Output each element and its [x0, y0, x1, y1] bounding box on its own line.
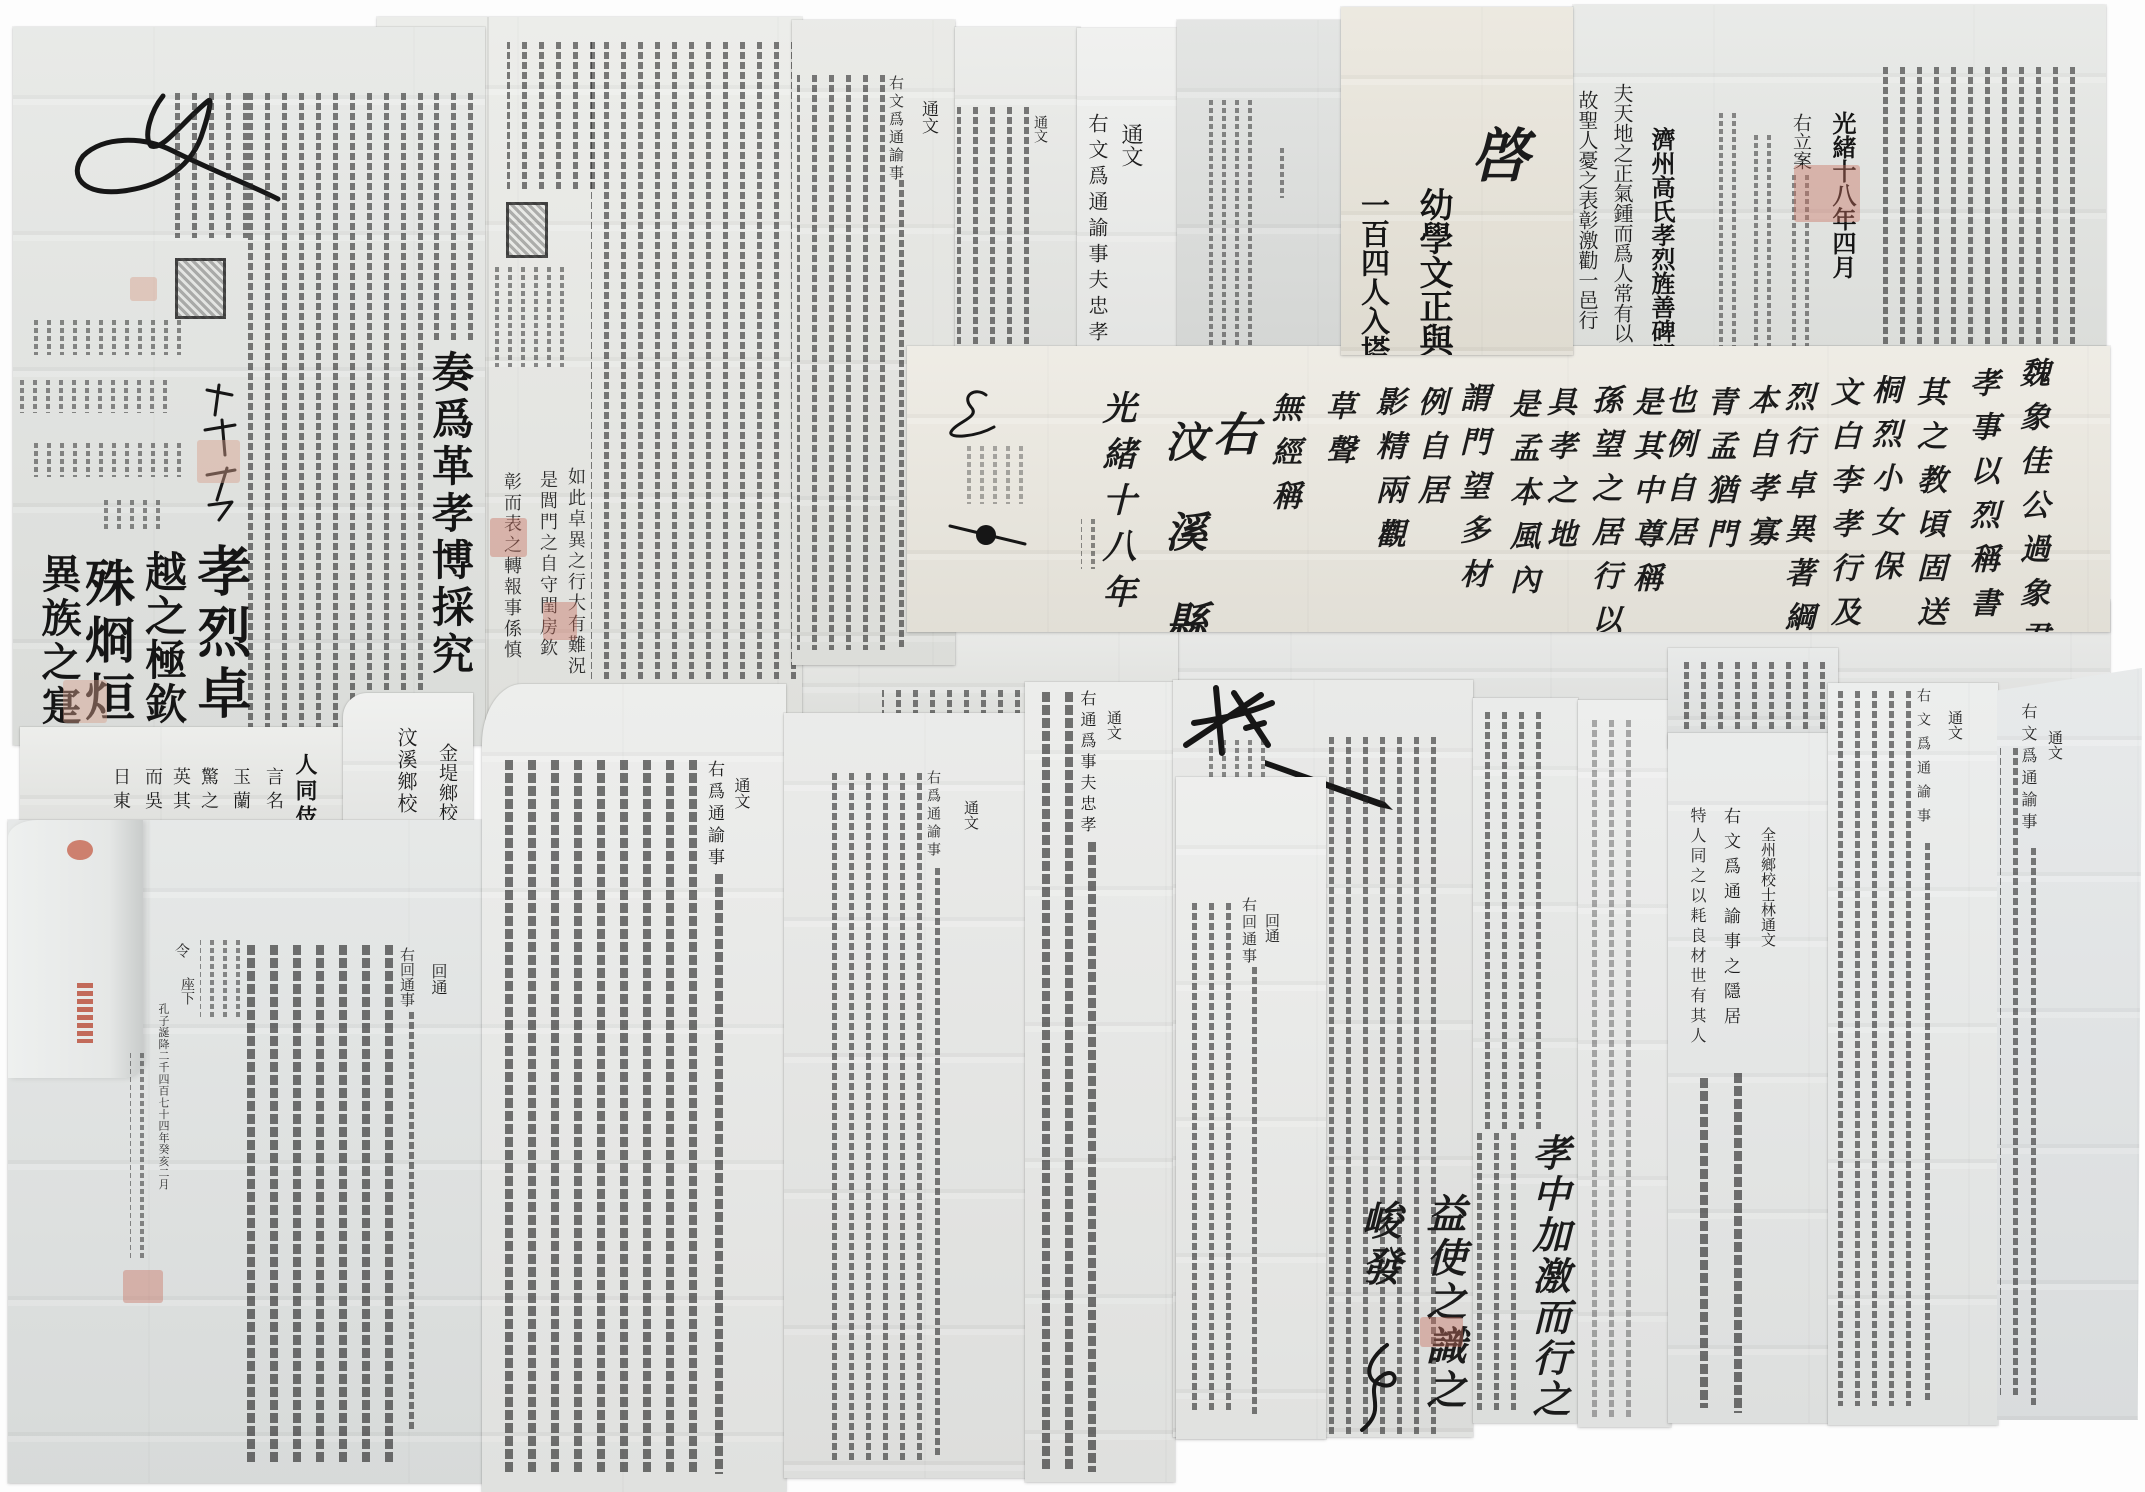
heading-hoetong: 回通	[430, 963, 446, 995]
handwritten-text-block	[400, 1012, 414, 1432]
handwritten-text-block	[1202, 100, 1252, 350]
cursive-column: 草聲	[1322, 390, 1352, 478]
cursive-column: 孫望之居行以	[1588, 384, 1618, 632]
circular-title: 全州鄉校士林通文	[1760, 827, 1775, 947]
cursive-column: 魏象佳公過象君	[2016, 357, 2046, 632]
name-list-block	[489, 267, 564, 367]
handwritten-text-block	[957, 107, 1029, 349]
record-title: 濟州高氏孝烈旌善碑閣	[1649, 127, 1673, 350]
cursive-column: 影精兩觀	[1372, 386, 1402, 562]
record-line: 夫天地之正氣鍾而爲人常有以	[1612, 83, 1632, 343]
document-school-label: 汶溪鄉校 金堤鄉校	[343, 693, 473, 821]
circular-first-line: 右通爲事夫忠孝	[1079, 690, 1095, 837]
name-list-block	[30, 443, 181, 477]
red-seal	[123, 1270, 163, 1303]
document-circular: 通文 右文爲通諭事	[1997, 668, 2142, 1420]
handwritten-text-block	[173, 93, 248, 238]
cursive-column: 無經稱	[1268, 392, 1298, 524]
handwritten-text-block	[1680, 662, 1825, 730]
official-stamp	[506, 202, 548, 258]
document-gray-sheet	[1177, 20, 1342, 350]
document-stele-record: 故聖人憂之表彰激勸一邑行 夫天地之正氣鍾而爲人常有以 濟州高氏孝烈旌善碑閣 右立…	[1573, 5, 2106, 350]
heading-tongmun: 通文	[1033, 115, 1047, 143]
petition-line: 一百四人入塔	[1359, 190, 1388, 355]
reply-first-line: 右回通事	[1241, 897, 1256, 965]
document-reply-circular: 回通 右回通事	[1176, 777, 1326, 1439]
record-line: 故聖人憂之表彰激勸一邑行	[1577, 90, 1597, 330]
handwritten-text-block	[822, 773, 922, 1463]
handwritten-text-block	[888, 180, 904, 650]
fragment-column: 驚之	[199, 767, 217, 815]
name-list-block	[103, 500, 160, 530]
heading-tongmun: 通文	[919, 100, 936, 134]
cursive-loop-mark-icon	[946, 387, 996, 442]
handwritten-text-block	[1186, 903, 1231, 1413]
red-seal	[490, 518, 527, 557]
handwritten-text-block	[1716, 113, 1736, 350]
memorial-line: 彰而表之轉報事係慎	[502, 472, 520, 661]
document-fragment: 人同伎 言名 玉蘭 驚之 英其 而吳 日東	[20, 727, 360, 822]
cursive-column: 孝事以烈稱書	[1966, 367, 1996, 631]
cursive-column: 桐烈小女保	[1868, 374, 1898, 594]
heading-tongmun: 通文	[963, 800, 978, 830]
record-line: 右立案	[1791, 113, 1810, 170]
document-circular: 孝中加激而行之	[1473, 698, 1578, 1423]
handwritten-text-block	[1720, 1073, 1742, 1413]
document-circular	[1578, 700, 1671, 1427]
heading-tongmun: 通文	[733, 777, 749, 809]
cursive-column: 烈行卓異著綱	[1781, 381, 1811, 632]
large-brush-column: 越之極欽	[142, 550, 184, 726]
handwritten-text-block	[1081, 519, 1095, 569]
handwritten-text-block	[130, 1053, 144, 1258]
red-seal	[1794, 165, 1860, 222]
heading-tongmun: 通文	[1947, 710, 1962, 740]
petition-heading: 啓	[1466, 125, 1524, 183]
handwritten-text-block	[1272, 148, 1284, 198]
document-circular: 通文 右文爲通諭事	[1828, 683, 1998, 1425]
document-petition: 啓 幼學文正與 一百四人入塔	[1341, 7, 1573, 355]
circular-first-line: 右爲通諭事	[705, 760, 722, 870]
fragment-column: 日東	[111, 767, 129, 815]
handwritten-text-block	[1751, 135, 1771, 350]
handwritten-text-block	[1831, 691, 1911, 1406]
document-jeonju-school-circular: 全州鄉校士林通文 右文爲通諭事之隱居 特人同之以耗良材世有其人	[1668, 733, 1830, 1423]
handwritten-text-block	[507, 42, 595, 192]
paper-fold	[487, 17, 489, 725]
place-column: 汶溪縣	[1162, 420, 1204, 632]
handwritten-text-block	[1476, 712, 1541, 1132]
heading-tongmun: 通文	[1106, 710, 1121, 740]
ink-blot-stroke-icon	[950, 518, 1030, 550]
circular-line: 特人同之以耗良材世有其人	[1689, 807, 1705, 1047]
faded-seal	[197, 440, 240, 483]
petition-line: 幼學文正與	[1416, 187, 1450, 355]
document-cursive-letter: 光緒十八年 汶溪縣 右 無經稱 草聲 影精兩觀 例自居 謂門望多材 是孟本風內 …	[907, 346, 2110, 632]
memorial-title-column: 奏爲革孝博採究	[429, 350, 471, 679]
cursive-column: 是孟本風內	[1506, 388, 1536, 608]
fragment-column: 人同伎	[294, 753, 316, 822]
reply-first-line: 右回通事	[399, 947, 414, 1007]
red-seal	[1420, 1317, 1463, 1347]
cursive-column: 例自居	[1414, 386, 1444, 518]
document-circular: 通文 右通爲事夫忠孝	[1025, 682, 1175, 1482]
handwritten-text-block	[1242, 967, 1257, 1417]
memorial-line: 如此卓異之行大有難況	[566, 467, 584, 677]
faded-seal	[130, 277, 157, 301]
name-list-block	[30, 320, 181, 355]
circular-first-line: 右爲通諭事	[926, 770, 940, 860]
date-column: 光緒十八年	[1099, 390, 1133, 620]
cursive-column: 本自孝寡	[1744, 384, 1774, 560]
document-circular: 通文	[955, 27, 1080, 349]
handwritten-text-block	[492, 760, 697, 1475]
handwritten-text-block	[423, 93, 473, 343]
handwritten-text-block	[591, 42, 796, 682]
handwritten-text-block	[1916, 843, 1930, 1403]
handwritten-text-block	[2000, 748, 2018, 1398]
document-reply-circular: 回通 右回通事 令 座下 孔子誕降二千四百七十四年癸亥二月	[8, 820, 484, 1483]
document-circular: 通文 右爲通諭事	[784, 713, 1029, 1478]
school-name: 金堤鄉校	[437, 743, 456, 821]
handwritten-text-block	[882, 690, 1020, 713]
large-brush-column: 孝烈卓	[194, 543, 248, 726]
heading-tongmun: 通文	[2047, 730, 2062, 760]
addressee-honorific: 座下	[180, 977, 194, 1005]
cursive-column: 具孝之地	[1543, 386, 1573, 562]
cursive-column: 其之教頃固送內	[1913, 376, 1943, 632]
large-cursive-column: 孝中加激而行之	[1529, 1133, 1567, 1420]
circular-first-line: 右文爲通諭事	[2020, 703, 2036, 835]
handwritten-text-block	[927, 868, 940, 1458]
fragment-column: 英其	[171, 767, 189, 815]
official-stamp	[175, 258, 226, 319]
document-circular: 通文 右爲通諭事	[482, 684, 786, 1492]
cursive-column: 文白李孝行及生	[1827, 376, 1857, 632]
handwritten-text-block	[1203, 740, 1265, 780]
large-cursive-column: 益使之識之	[1423, 1193, 1463, 1413]
handwritten-text-block	[706, 874, 723, 1474]
handwritten-text-block	[200, 940, 240, 1020]
handwritten-text-block	[243, 945, 393, 1465]
handwritten-text-block	[797, 75, 885, 650]
red-seal-inscription	[77, 983, 93, 1043]
circular-first-line: 右文爲通諭事	[888, 75, 903, 183]
document-circular: 通文 右文爲通諭事夫忠孝	[1077, 28, 1177, 348]
name-list-block	[20, 380, 167, 413]
large-cursive-column: 峻發	[1358, 1200, 1398, 1292]
heading-hoetong: 回通	[1264, 913, 1279, 943]
fragment-column: 言名	[264, 767, 282, 815]
addressee: 令	[174, 943, 189, 958]
school-name: 汶溪鄉校	[396, 727, 416, 815]
marker-column: 右	[1210, 410, 1256, 456]
handwritten-text-block	[1079, 842, 1096, 1472]
faded-seal	[63, 680, 107, 723]
cursive-tail-icon	[1357, 1340, 1402, 1435]
circular-first-line: 右文爲通諭事	[1916, 688, 1930, 832]
round-red-seal	[67, 840, 93, 860]
curled-paper-flap	[8, 820, 143, 1078]
circular-first-line: 右文爲通諭事之隱居	[1721, 807, 1738, 1032]
cursive-column: 謂門望多材	[1456, 382, 1486, 602]
red-seal	[543, 602, 577, 640]
handwritten-text-block	[1028, 692, 1073, 1472]
handwritten-text-block	[961, 446, 1023, 504]
cursive-column: 青孟猶門	[1703, 386, 1733, 562]
handwritten-text-block	[1476, 1133, 1516, 1413]
handwritten-text-block	[1581, 720, 1631, 1420]
document-top-left-letter: 史 奏爲革孝博採究 孝烈卓 越之極欽 殊烱烜 異族之寔	[13, 27, 485, 745]
cursive-column: 也例自居	[1662, 384, 1692, 560]
handwritten-text-block	[1880, 67, 2075, 347]
fragment-column: 玉蘭	[231, 767, 249, 815]
cursive-column: 是其中尊稱	[1629, 386, 1659, 606]
reply-date: 孔子誕降二千四百七十四年癸亥二月	[158, 1003, 169, 1190]
handwritten-text-block	[2020, 848, 2036, 1408]
handwritten-text-block	[1688, 1078, 1708, 1408]
heading-tongmun: 通文	[1119, 123, 1141, 167]
circular-first-line: 右文爲通諭事夫忠孝	[1087, 113, 1107, 347]
handwritten-text-block	[247, 93, 423, 743]
fragment-column: 而吳	[143, 767, 161, 815]
